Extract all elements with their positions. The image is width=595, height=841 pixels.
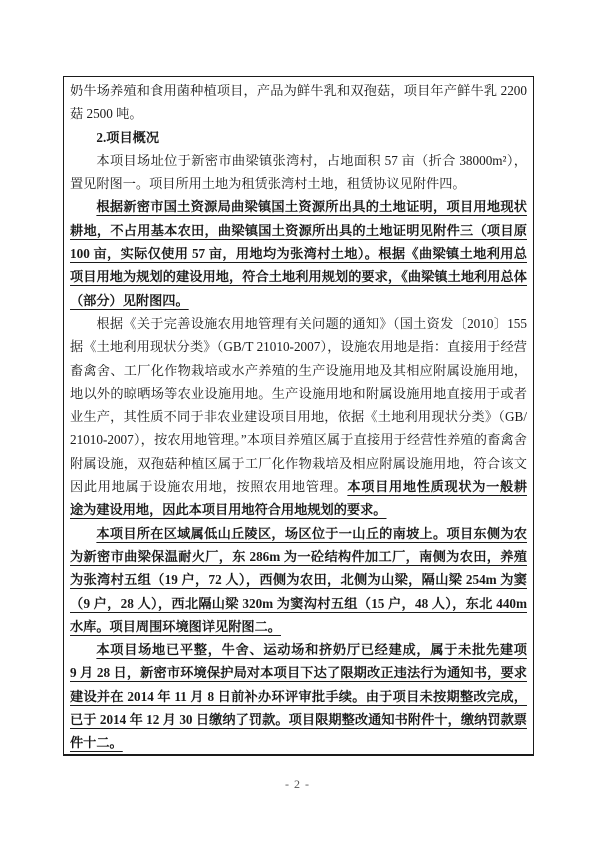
text-run: 已于 2014 年 12 月 30 日缴纳了罚款。项目限期整改通知书附件十，缴纳… xyxy=(70,712,527,731)
text-line: 附属设施，双孢菇种植区属于工厂化作物栽培及相应附属设施用地，符合该文件的规定， xyxy=(70,452,527,475)
text-line: 奶牛场养殖和食用菌种植项目，产品为鲜牛乳和双孢菇，项目年产鲜牛乳 2200 吨，… xyxy=(70,79,527,102)
text-run: （9 户，28 人），西北隔山梁 320m 为窦沟村五组（15 户，48 人），… xyxy=(70,596,527,615)
report-table-cell: 奶牛场养殖和食用菌种植项目，产品为鲜牛乳和双孢菇，项目年产鲜牛乳 2200 吨，… xyxy=(63,76,534,756)
text-line: 因此用地属于设施农用地，按照农用地管理。本项目用地性质现状为一般耕地，规划用 xyxy=(70,475,527,498)
text-run: 业生产，其性质不同于非农业建设项目用地，依据《土地利用现状分类》（GB/T xyxy=(70,409,527,428)
text-line: 100 亩，实际仅使用 57 亩，用地均为张湾村土地）。根据《曲梁镇土地利用总体… xyxy=(70,242,527,265)
text-run: 根据新密市国土资源局曲梁镇国土资源所出具的土地证明，项目用地现状属于一般 xyxy=(70,199,527,218)
text-run: 途为建设用地，因此本项目用地符合用地规划的要求。 xyxy=(70,502,387,517)
text-line: 本项目场址位于新密市曲梁镇张湾村，占地面积 57 亩（折合 38000m²），项… xyxy=(70,149,527,172)
text-run: 为新密市曲梁保温耐火厂，东 286m 为一砼结构件加工厂，南侧为农田，养殖区西南… xyxy=(70,549,527,568)
text-run: 水库。项目周围环境图详见附图二。 xyxy=(70,619,281,634)
text-run: 本项目场地已平整，牛舍、运动场和挤奶厅已经建成，属于未批先建项目。2014 年 xyxy=(70,642,527,661)
text-line: 本项目场地已平整，牛舍、运动场和挤奶厅已经建成，属于未批先建项目。2014 年 xyxy=(70,638,527,661)
text-run: 项目用地为规划的建设用地，符合土地利用规划的要求，《曲梁镇土地利用总体规划图》 xyxy=(70,269,527,288)
text-run: 100 亩，实际仅使用 57 亩，用地均为张湾村土地）。根据《曲梁镇土地利用总体… xyxy=(70,246,527,265)
text-line: 置见附图一。项目所用土地为租赁张湾村土地，租赁协议见附件四。 xyxy=(70,172,527,195)
text-run: 奶牛场养殖和食用菌种植项目，产品为鲜牛乳和双孢菇，项目年产鲜牛乳 2200 吨，… xyxy=(70,83,527,102)
para-facility-land-policy: 根据《关于完善设施农用地管理有关问题的通知》（国土资发〔2010〕155 号），… xyxy=(70,312,527,522)
heading-project-overview: 2.项目概况 xyxy=(70,126,527,149)
text-run: 21010-2007），按农用地管理。”本项目养殖区属于直接用于经营性养殖的畜禽… xyxy=(70,432,527,451)
text-run: 件十二。 xyxy=(70,735,123,750)
para-site-location: 本项目场址位于新密市曲梁镇张湾村，占地面积 57 亩（折合 38000m²），项… xyxy=(70,149,527,196)
text-line: 地以外的晾晒场等农业设施用地。生产设施用地和附属设施用地直接用于或者服务于农 xyxy=(70,382,527,405)
text-line: 已于 2014 年 12 月 30 日缴纳了罚款。项目限期整改通知书附件十，缴纳… xyxy=(70,708,527,731)
text-line: 途为建设用地，因此本项目用地符合用地规划的要求。 xyxy=(70,498,527,521)
text-run: 置见附图一。项目所用土地为租赁张湾村土地，租赁协议见附件四。 xyxy=(70,176,466,191)
text-line: 2.项目概况 xyxy=(70,126,527,149)
text-run: 附属设施，双孢菇种植区属于工厂化作物栽培及相应附属设施用地，符合该文件的规定， xyxy=(70,456,527,475)
text-run: 为张湾村五组（19 户，72 人），西侧为农田，北侧为山梁，隔山梁 254m 为… xyxy=(70,572,527,591)
text-run: 菇 2500 吨。 xyxy=(70,106,143,121)
text-run: 畜禽舍、工厂化作物栽培或水产养殖的生产设施用地及其相应附属设施用地，农村宅基 xyxy=(70,363,527,382)
text-line: （部分）见附图四。 xyxy=(70,289,527,312)
text-run: 因此用地属于设施农用地，按照农用地管理。 xyxy=(70,479,347,494)
text-line: 水库。项目周围环境图详见附图二。 xyxy=(70,615,527,638)
para-surroundings: 本项目所在区域属低山丘陵区，场区位于一山丘的南坡上。项目东侧为农田，东 172m… xyxy=(70,522,527,638)
text-run: 耕地，不占用基本农田，曲梁镇国土资源所出具的土地证明见附件三（项目原计划用地 xyxy=(70,223,527,242)
text-line: 根据《关于完善设施农用地管理有关问题的通知》（国土资发〔2010〕155 号），… xyxy=(70,312,527,335)
text-run: 本项目场址位于新密市曲梁镇张湾村，占地面积 57 亩（折合 38000m²），项… xyxy=(70,153,527,172)
text-line: 为张湾村五组（19 户，72 人），西侧为农田，北侧为山梁，隔山梁 254m 为… xyxy=(70,568,527,591)
text-line: （9 户，28 人），西北隔山梁 320m 为窦沟村五组（15 户，48 人），… xyxy=(70,592,527,615)
text-run: 建设并在 2014 年 11 月 8 日前补办环评审批手续。由于项目未按期整改完… xyxy=(70,689,527,708)
text-line: 耕地，不占用基本农田，曲梁镇国土资源所出具的土地证明见附件三（项目原计划用地 xyxy=(70,219,527,242)
text-line: 9 月 28 日，新密市环境保护局对本项目下达了限期改正违法行为通知书，要求项目… xyxy=(70,661,527,684)
page-number: - 2 - xyxy=(0,777,595,792)
text-line: 菇 2500 吨。 xyxy=(70,102,527,125)
text-run: （部分）见附图四。 xyxy=(70,293,189,308)
document-page: 奶牛场养殖和食用菌种植项目，产品为鲜牛乳和双孢菇，项目年产鲜牛乳 2200 吨，… xyxy=(0,0,595,841)
text-line: 根据新密市国土资源局曲梁镇国土资源所出具的土地证明，项目用地现状属于一般 xyxy=(70,195,527,218)
text-line: 业生产，其性质不同于非农业建设项目用地，依据《土地利用现状分类》（GB/T xyxy=(70,405,527,428)
text-run: 2.项目概况 xyxy=(96,130,159,145)
text-line: 本项目所在区域属低山丘陵区，场区位于一山丘的南坡上。项目东侧为农田，东 172m xyxy=(70,522,527,545)
para-land-certificate: 根据新密市国土资源局曲梁镇国土资源所出具的土地证明，项目用地现状属于一般耕地，不… xyxy=(70,195,527,311)
text-run: 根据《关于完善设施农用地管理有关问题的通知》（国土资发〔2010〕155 号），… xyxy=(70,316,527,335)
text-line: 为新密市曲梁保温耐火厂，东 286m 为一砼结构件加工厂，南侧为农田，养殖区西南… xyxy=(70,545,527,568)
para-construction-status: 本项目场地已平整，牛舍、运动场和挤奶厅已经建成，属于未批先建项目。2014 年9… xyxy=(70,638,527,754)
text-line: 21010-2007），按农用地管理。”本项目养殖区属于直接用于经营性养殖的畜禽… xyxy=(70,428,527,451)
text-line: 建设并在 2014 年 11 月 8 日前补办环评审批手续。由于项目未按期整改完… xyxy=(70,685,527,708)
text-line: 件十二。 xyxy=(70,731,527,754)
text-line: 畜禽舍、工厂化作物栽培或水产养殖的生产设施用地及其相应附属设施用地，农村宅基 xyxy=(70,359,527,382)
para-product-continuation: 奶牛场养殖和食用菌种植项目，产品为鲜牛乳和双孢菇，项目年产鲜牛乳 2200 吨，… xyxy=(70,79,527,126)
text-run: 本项目所在区域属低山丘陵区，场区位于一山丘的南坡上。项目东侧为农田，东 172m xyxy=(70,526,527,545)
text-line: 项目用地为规划的建设用地，符合土地利用规划的要求，《曲梁镇土地利用总体规划图》 xyxy=(70,265,527,288)
text-run: 据《土地利用现状分类》（GB/T 21010-2007），设施农用地是指：直接用… xyxy=(70,339,527,358)
text-run: 地以外的晾晒场等农业设施用地。生产设施用地和附属设施用地直接用于或者服务于农 xyxy=(70,386,527,405)
text-line: 据《土地利用现状分类》（GB/T 21010-2007），设施农用地是指：直接用… xyxy=(70,335,527,358)
text-run: 9 月 28 日，新密市环境保护局对本项目下达了限期改正违法行为通知书，要求项目… xyxy=(70,665,527,684)
